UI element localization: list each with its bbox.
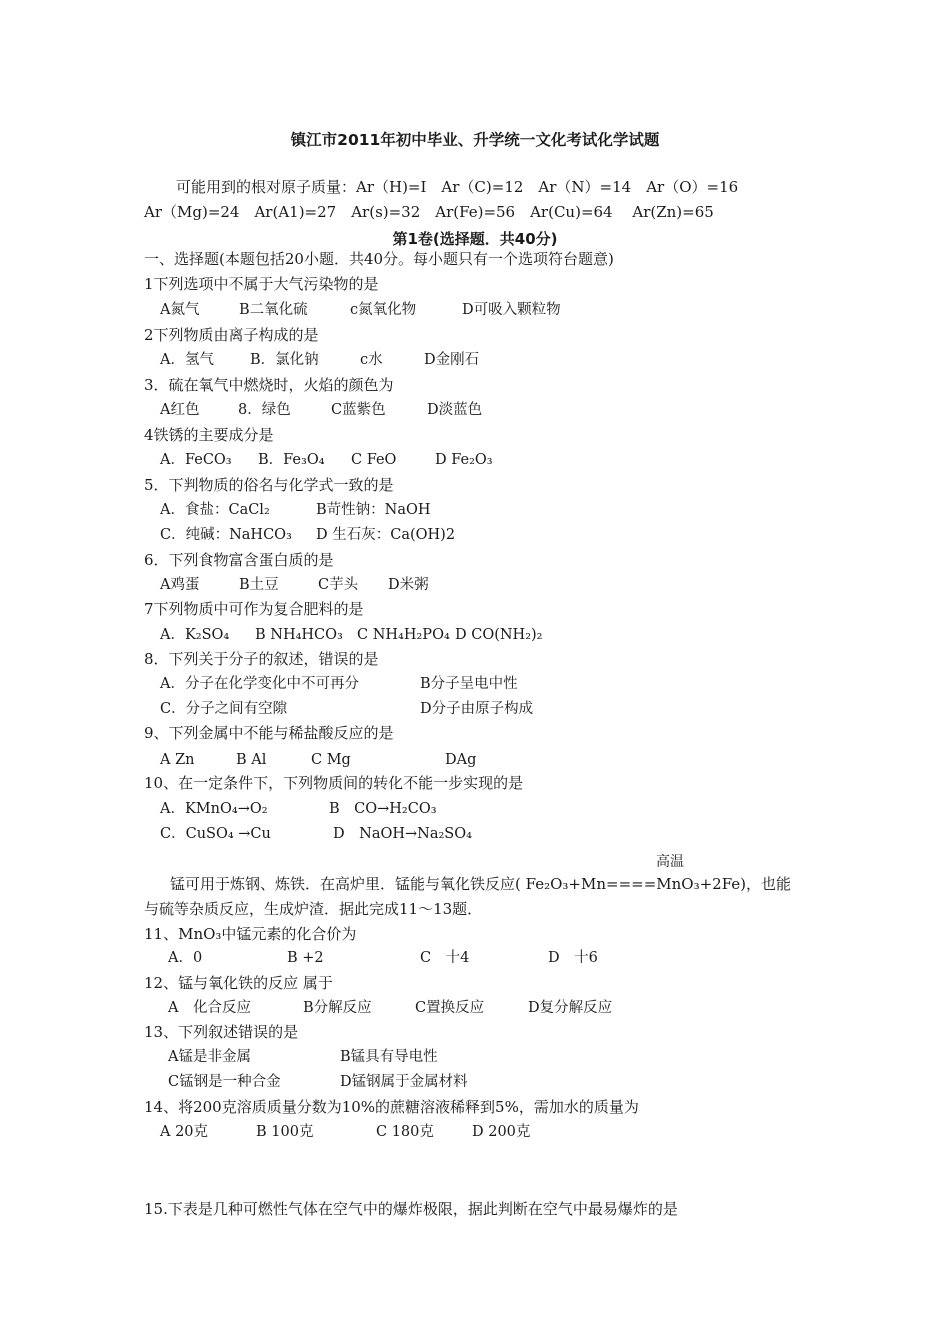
question-8-stem: 8．下列关于分子的叙述，错误的是 [144,649,379,669]
question-8-option-b: B分子呈电中性 [420,674,518,694]
question-14-option-a: A 20克 [160,1122,208,1142]
question-6-option-d: D米粥 [388,575,429,595]
question-12-stem: 12、锰与氧化铁的反应 属于 [144,973,333,993]
question-13-option-b: B锰具有导电性 [340,1047,438,1067]
atomic-masses-line-2: Ar（Mg)=24 Ar(A1)=27 Ar(s)=32 Ar(Fe)=56 A… [144,202,714,222]
question-3-stem: 3．硫在氧气中燃烧时，火焰的颜色为 [144,375,394,395]
question-12-option-b: B分解反应 [303,998,372,1018]
question-3-option-c: C蓝紫色 [331,400,386,420]
question-14-option-d: D 200克 [472,1122,530,1142]
question-3-option-a: A红色 [160,400,199,420]
question-13-stem: 13、下列叙述错误的是 [144,1022,298,1042]
question-9-option-b: B Al [236,750,266,770]
question-1-option-a: A氮气 [160,300,199,320]
question-14-option-b: B 100克 [256,1122,313,1142]
question-9-stem: 9、下列金属中不能与稀盐酸反应的是 [144,723,394,743]
question-13-option-c: C锰钢是一种合金 [168,1072,281,1092]
question-2-option-a: A．氢气 [160,350,214,370]
question-7-option-c: C NH₄H₂PO₄ [357,625,450,645]
question-8-option-d: D分子由原子构成 [420,699,533,719]
question-7-option-b: B NH₄HCO₃ [255,625,343,645]
question-2-option-b: B．氯化钠 [250,350,319,370]
question-4-option-c: C FeO [351,450,396,470]
question-5-stem: 5．下判物质的俗名与化学式一致的是 [144,475,394,495]
question-13-option-d: D锰钢属于金属材料 [340,1072,468,1092]
question-10-option-d: D NaOH→Na₂SO₄ [333,824,472,844]
question-6-option-b: B土豆 [239,575,279,595]
question-13-option-a: A锰是非金属 [168,1047,251,1067]
question-5-option-c: C．纯碱：NaHCO₃ [160,525,292,545]
question-6-option-c: C芋头 [318,575,358,595]
atomic-masses-line-1: 可能用到的根对原子质量：Ar（H)=I Ar（C)=12 Ar（N）=14 Ar… [176,177,738,197]
question-4-option-d: D Fe₂O₃ [435,450,493,470]
question-12-option-a: A 化合反应 [168,998,251,1018]
question-2-option-c: c水 [360,350,383,370]
page-title: 镇江市2011年初中毕业、升学统一文化考试化学试题 [0,128,950,150]
passage-line-1: 锰可用于炼钢、炼铁．在高炉里．锰能与氧化铁反应( Fe₂O₃+Mn====MnO… [170,874,791,894]
question-10-option-c: C．CuSO₄ →Cu [160,824,271,844]
question-11-option-d: D 十6 [548,948,598,968]
question-4-stem: 4铁锈的主要成分是 [144,425,274,445]
question-5-option-d: D 生石灰：Ca(OH)2 [316,525,455,545]
question-11-option-c: C 十4 [420,948,469,968]
question-5-option-b: B苛性钠：NaOH [316,500,431,520]
question-11-option-b: B +2 [287,948,324,968]
question-10-stem: 10、在一定条件下，下列物质间的转化不能一步实现的是 [144,773,523,793]
question-15-stem: 15.下表是几种可燃性气体在空气中的爆炸极限，据此判断在空气中最易爆炸的是 [144,1198,678,1219]
question-9-option-a: A Zn [160,750,195,770]
question-4-option-b: B．Fe₃O₄ [258,450,325,470]
question-12-option-d: D复分解反应 [528,998,612,1018]
question-7-stem: 7下列物质中可作为复合肥料的是 [144,599,364,619]
question-10-option-a: A．KMnO₄→O₂ [160,799,268,819]
exam-page: 镇江市2011年初中毕业、升学统一文化考试化学试题 可能用到的根对原子质量：Ar… [0,0,950,1344]
question-14-option-c: C 180克 [376,1122,434,1142]
section-title: 第1卷(选择题．共40分) [0,228,950,249]
question-2-stem: 2下列物质由离子构成的是 [144,325,319,345]
question-7-option-a: A．K₂SO₄ [160,625,229,645]
question-9-option-d: DAg [445,750,476,770]
question-1-stem: 1下列选项中不属于大气污染物的是 [144,274,379,294]
question-4-option-a: A．FeCO₃ [160,450,232,470]
question-8-option-c: C．分子之间有空隙 [160,699,287,719]
question-2-option-d: D金刚石 [424,350,479,370]
question-6-stem: 6．下列食物富含蛋白质的是 [144,550,334,570]
question-1-option-d: D可吸入颗粒物 [462,300,561,320]
question-1-option-b: B二氧化硫 [239,300,308,320]
part-heading: 一、选择题(本题包括20小题．共40分。每小题只有一个选项符台题意) [144,249,614,269]
reaction-condition-label: 高温 [656,851,684,871]
question-1-option-c: c氮氧化物 [350,300,416,320]
question-9-option-c: C Mg [311,750,351,770]
question-5-option-a: A．食盐：CaCl₂ [160,500,270,520]
question-12-option-c: C置换反应 [415,998,484,1018]
question-6-option-a: A鸡蛋 [160,575,199,595]
question-8-option-a: A．分子在化学变化中不可再分 [160,674,359,694]
question-10-option-b: B CO→H₂CO₃ [329,799,437,819]
question-3-option-b: 8．绿色 [238,400,291,420]
question-11-option-a: A．0 [168,948,202,968]
question-3-option-d: D淡蓝色 [427,400,482,420]
question-11-stem: 11、MnO₃中锰元素的化合价为 [144,924,356,944]
question-7-option-d: D CO(NH₂)₂ [455,625,543,645]
question-14-stem: 14、将200克溶质质量分数为10%的蔗糖溶液稀释到5%，需加水的质量为 [144,1097,639,1117]
passage-line-2: 与硫等杂质反应，生成炉渣．据此完成11～13题． [144,899,482,919]
